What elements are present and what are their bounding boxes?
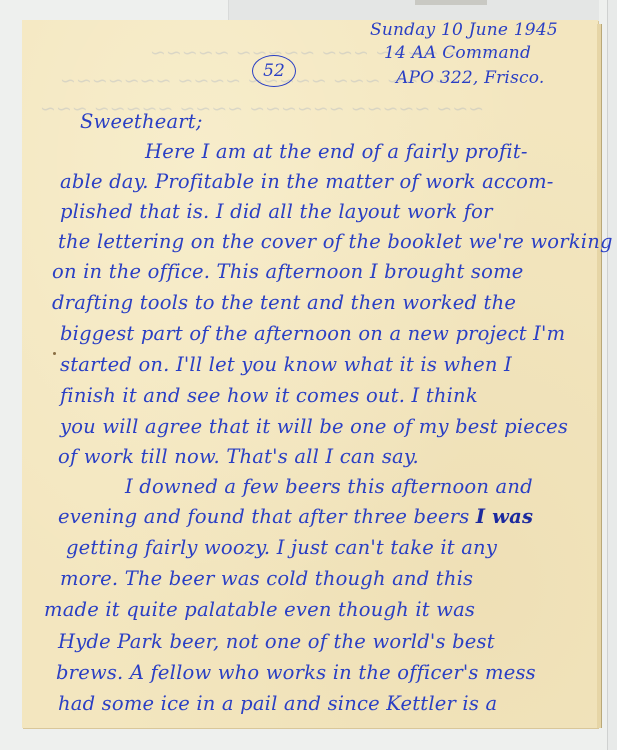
letter-line: on in the office. This afternoon I broug… bbox=[52, 260, 524, 283]
letter-line: I downed a few beers this afternoon and bbox=[125, 475, 533, 498]
letter-line: biggest part of the afternoon on a new p… bbox=[60, 322, 565, 345]
paper-spot bbox=[53, 352, 56, 355]
letter-line: of work till now. That's all I can say. bbox=[58, 445, 419, 468]
letter-line: finish it and see how it comes out. I th… bbox=[60, 384, 478, 407]
letter-line: made it quite palatable even though it w… bbox=[44, 598, 475, 621]
scanner-edge-strip bbox=[607, 0, 617, 750]
salutation: Sweetheart; bbox=[80, 110, 203, 133]
letter-line: drafting tools to the tent and then work… bbox=[52, 291, 516, 314]
backing-tab bbox=[415, 0, 487, 5]
overwritten-words: I was bbox=[476, 505, 533, 528]
page-number-circle: 52 bbox=[252, 55, 296, 87]
letter-line: more. The beer was cold though and this bbox=[60, 567, 473, 590]
letter-line: Here I am at the end of a fairly profit- bbox=[145, 140, 528, 163]
letter-line: started on. I'll let you know what it is… bbox=[60, 353, 512, 376]
letter-page-edge bbox=[597, 24, 602, 728]
letter-line: you will agree that it will be one of my… bbox=[60, 415, 568, 438]
letter-line: able day. Profitable in the matter of wo… bbox=[60, 170, 554, 193]
letter-line: plished that is. I did all the layout wo… bbox=[60, 200, 493, 223]
letter-line: evening and found that after three beers… bbox=[58, 505, 533, 528]
letter-address: APO 322, Frisco. bbox=[396, 68, 544, 88]
letter-unit: 14 AA Command bbox=[384, 43, 531, 63]
letter-line: getting fairly woozy. I just can't take … bbox=[66, 536, 497, 559]
letter-line-text: evening and found that after three beers bbox=[58, 505, 476, 528]
letter-line: the lettering on the cover of the bookle… bbox=[58, 230, 613, 253]
letter-line: brews. A fellow who works in the officer… bbox=[56, 661, 536, 684]
letter-line: had some ice in a pail and since Kettler… bbox=[58, 692, 497, 715]
scanner-backing bbox=[228, 0, 599, 22]
letter-line: Hyde Park beer, not one of the world's b… bbox=[58, 630, 495, 653]
letter-date: Sunday 10 June 1945 bbox=[370, 20, 558, 40]
